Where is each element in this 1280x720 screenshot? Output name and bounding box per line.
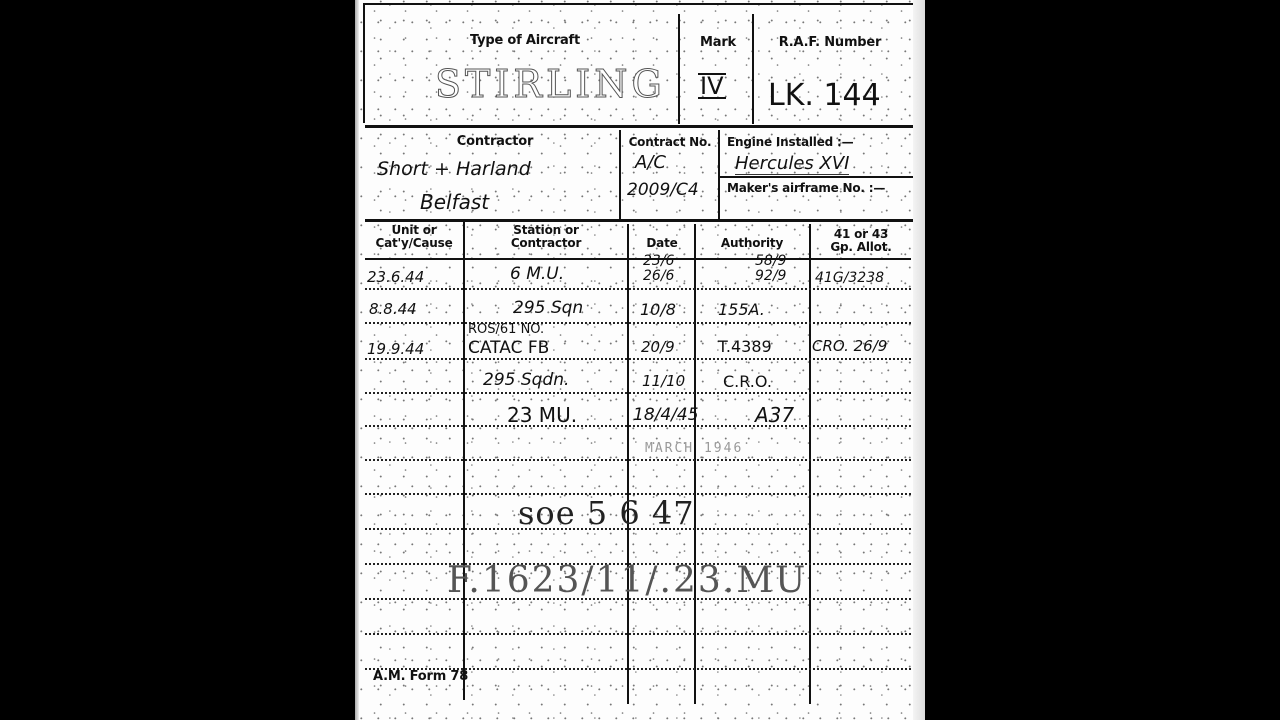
contractor-line2: Belfast	[420, 190, 489, 214]
row-line	[365, 459, 911, 461]
final-disposal-stamp: F.1623/11/.23.MU	[447, 560, 807, 601]
contract-no-label: Contract No.	[622, 135, 718, 149]
soc-stamp: soe 5 6 47	[518, 494, 695, 532]
row3-allot: CRO. 26/9	[812, 337, 887, 355]
form-number-label: A.M. Form 78	[373, 669, 472, 684]
row3-authority: T.4389	[718, 337, 772, 356]
col-header-station: Station or Contractor	[467, 224, 625, 250]
row-line	[365, 358, 911, 360]
col-divider-4	[809, 224, 811, 704]
row3-station: CATAC FB	[468, 338, 549, 358]
col-header-authority: Authority	[697, 237, 807, 250]
contract-no-divider	[619, 130, 621, 220]
makers-airframe-label: Maker's airframe No. :—	[727, 181, 907, 195]
col-header-date: Date	[631, 237, 693, 250]
contractor-line1: Short + Harland	[377, 158, 531, 180]
row3-unit: 19.9.44	[367, 340, 424, 358]
mark-label: Mark	[683, 35, 753, 50]
row-line	[365, 322, 911, 324]
am-form-78-record-card: Type of Aircraft STIRLING Mark IV R.A.F.…	[355, 0, 925, 720]
col-divider-2	[627, 224, 629, 704]
type-of-aircraft-label: Type of Aircraft	[435, 33, 615, 48]
header-bottom-line	[365, 125, 913, 128]
row-line	[365, 633, 911, 635]
row-line	[365, 392, 911, 394]
row1-allot: 41G/3238	[815, 270, 884, 286]
row1-authority: 58/9 92/9	[755, 254, 805, 284]
header-row-line	[365, 258, 911, 260]
row4-station: 295 Sqdn.	[483, 370, 569, 390]
contract-no-line2: 2009/C4	[627, 180, 699, 200]
row1-unit: 23.6.44	[367, 268, 424, 286]
col-header-unit: Unit or Cat'y/Cause	[367, 224, 461, 250]
engine-bottom-line	[719, 176, 913, 178]
engine-installed-value: Hercules XVI	[735, 153, 849, 175]
contract-bottom-line	[365, 219, 913, 222]
row-line	[365, 425, 911, 427]
engine-divider	[718, 130, 720, 220]
left-border	[363, 3, 365, 123]
col-divider-3	[694, 224, 696, 704]
row5-authority: A37	[755, 403, 794, 427]
contract-no-line1: A/C	[635, 152, 666, 173]
raf-number-label: R.A.F. Number	[760, 35, 900, 50]
contractor-label: Contractor	[425, 134, 565, 149]
type-of-aircraft-value: STIRLING	[435, 62, 666, 106]
row5-station: 23 MU.	[507, 403, 577, 427]
row2-date: 10/8	[640, 300, 676, 319]
row5-date: 18/4/45	[633, 405, 699, 425]
raf-number-value: LK. 144	[768, 78, 881, 113]
col-header-allot: 41 or 43 Gp. Allot.	[813, 228, 909, 254]
row3-station-pre: ROS/61 NO.	[468, 322, 544, 337]
row-line	[365, 288, 911, 290]
row2-station: 295 Sqn	[513, 298, 583, 318]
faded-date-stamp: MARCH 1946	[645, 441, 743, 456]
row4-date: 11/10	[642, 372, 685, 390]
row1-station: 6 M.U.	[510, 264, 564, 284]
engine-installed-label: Engine Installed :—	[727, 135, 867, 149]
top-border	[363, 3, 913, 5]
row2-authority: 155A.	[718, 300, 765, 319]
raf-number-divider	[752, 14, 754, 124]
mark-divider	[678, 14, 680, 124]
row2-unit: 8.8.44	[369, 300, 417, 318]
row1-date: 23/6 26/6	[643, 254, 693, 284]
row3-date: 20/9	[641, 338, 675, 356]
mark-value: IV	[698, 73, 726, 99]
row4-authority: C.R.O.	[723, 372, 772, 391]
